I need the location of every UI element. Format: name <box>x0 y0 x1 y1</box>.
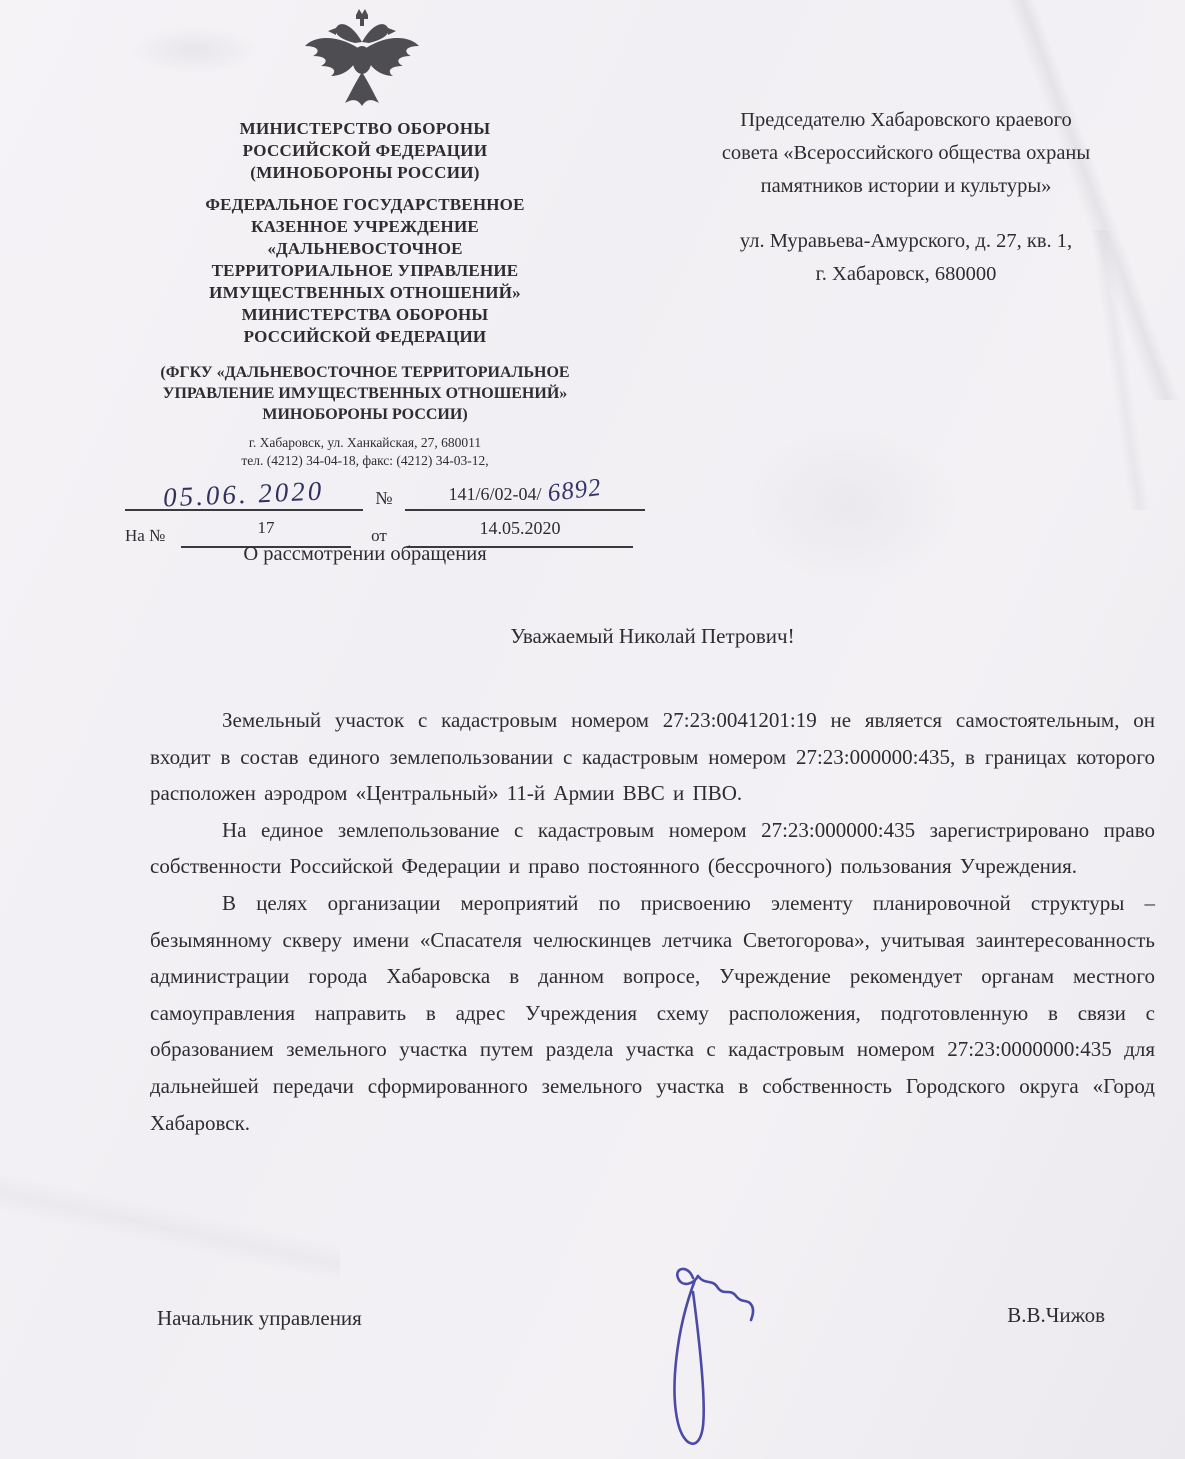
addressee-block: Председателю Хабаровского краевого совет… <box>645 104 1167 291</box>
ministry-line: РОССИЙСКОЙ ФЕДЕРАЦИИ <box>115 140 615 162</box>
number-sign-label: № <box>363 488 405 511</box>
ministry-name: МИНИСТЕРСТВО ОБОРОНЫ РОССИЙСКОЙ ФЕДЕРАЦИ… <box>115 118 615 184</box>
letterhead: МИНИСТЕРСТВО ОБОРОНЫ РОССИЙСКОЙ ФЕДЕРАЦИ… <box>115 118 615 470</box>
short-name-line: (ФГКУ «ДАЛЬНЕВОСТОЧНОЕ ТЕРРИТОРИАЛЬНОЕ <box>115 362 615 383</box>
signer-position-title: Начальник управления <box>157 1306 362 1331</box>
signer-name: В.В.Чижов <box>1007 1303 1105 1328</box>
addressee-address-line: г. Хабаровск, 680000 <box>645 258 1167 291</box>
phone-fax: тел. (4212) 34-04-18, факс: (4212) 34-03… <box>115 452 615 470</box>
addressee-line: Председателю Хабаровского краевого <box>645 104 1167 137</box>
ministry-line: (МИНОБОРОНЫ РОССИИ) <box>115 162 615 184</box>
reference-row-outgoing: 05.06. 2020 № 141/6/02-04/6892 <box>125 477 645 511</box>
paragraph: На единое землепользование с кадастровым… <box>150 812 1155 885</box>
postal-address: г. Хабаровск, ул. Ханкайская, 27, 680011 <box>115 434 615 452</box>
reference-block: 05.06. 2020 № 141/6/02-04/6892 На № 17 о… <box>125 477 645 548</box>
paragraph: Земельный участок с кадастровым номером … <box>150 702 1155 812</box>
handwritten-date: 05.06. 2020 <box>163 475 325 513</box>
scanned-letter-page: МИНИСТЕРСТВО ОБОРОНЫ РОССИЙСКОЙ ФЕДЕРАЦИ… <box>0 0 1185 1459</box>
handwritten-signature-icon <box>648 1260 778 1459</box>
addressee-line: памятников истории и культуры» <box>645 170 1167 203</box>
organization-line: МИНИСТЕРСТВА ОБОРОНЫ <box>115 304 615 326</box>
contact-info: г. Хабаровск, ул. Ханкайская, 27, 680011… <box>115 434 615 470</box>
organization-short-name: (ФГКУ «ДАЛЬНЕВОСТОЧНОЕ ТЕРРИТОРИАЛЬНОЕ У… <box>115 362 615 425</box>
organization-line: ФЕДЕРАЛЬНОЕ ГОСУДАРСТВЕННОЕ <box>115 194 615 216</box>
organization-line: КАЗЕННОЕ УЧРЕЖДЕНИЕ <box>115 216 615 238</box>
paragraph: В целях организации мероприятий по присв… <box>150 885 1155 1141</box>
organization-line: «ДАЛЬНЕВОСТОЧНОЕ <box>115 238 615 260</box>
outgoing-date-field: 05.06. 2020 <box>125 477 363 511</box>
organization-line: РОССИЙСКОЙ ФЕДЕРАЦИИ <box>115 326 615 348</box>
addressee-address-line: ул. Муравьева-Амурского, д. 27, кв. 1, <box>645 225 1167 258</box>
addressee-line: совета «Всероссийского общества охраны <box>645 137 1167 170</box>
letter-body: Земельный участок с кадастровым номером … <box>150 702 1155 1141</box>
paper-smudge <box>128 26 258 74</box>
organization-line: ТЕРРИТОРИАЛЬНОЕ УПРАВЛЕНИЕ <box>115 260 615 282</box>
subject-line: О рассмотрении обращения <box>115 543 615 566</box>
double-headed-eagle-icon <box>300 8 424 108</box>
outgoing-number-field: 141/6/02-04/6892 <box>405 479 645 511</box>
short-name-line: УПРАВЛЕНИЕ ИМУЩЕСТВЕННЫХ ОТНОШЕНИЙ» <box>115 383 615 404</box>
short-name-line: МИНОБОРОНЫ РОССИИ) <box>115 404 615 425</box>
handwritten-number: 6892 <box>546 474 603 508</box>
paper-smudge <box>740 420 960 590</box>
ministry-line: МИНИСТЕРСТВО ОБОРОНЫ <box>115 118 615 140</box>
organization-line: ИМУЩЕСТВЕННЫХ ОТНОШЕНИЙ» <box>115 282 615 304</box>
salutation: Уважаемый Николай Петрович! <box>150 624 1155 649</box>
organization-name: ФЕДЕРАЛЬНОЕ ГОСУДАРСТВЕННОЕ КАЗЕННОЕ УЧР… <box>115 194 615 348</box>
printed-number: 141/6/02-04/ <box>449 484 542 504</box>
